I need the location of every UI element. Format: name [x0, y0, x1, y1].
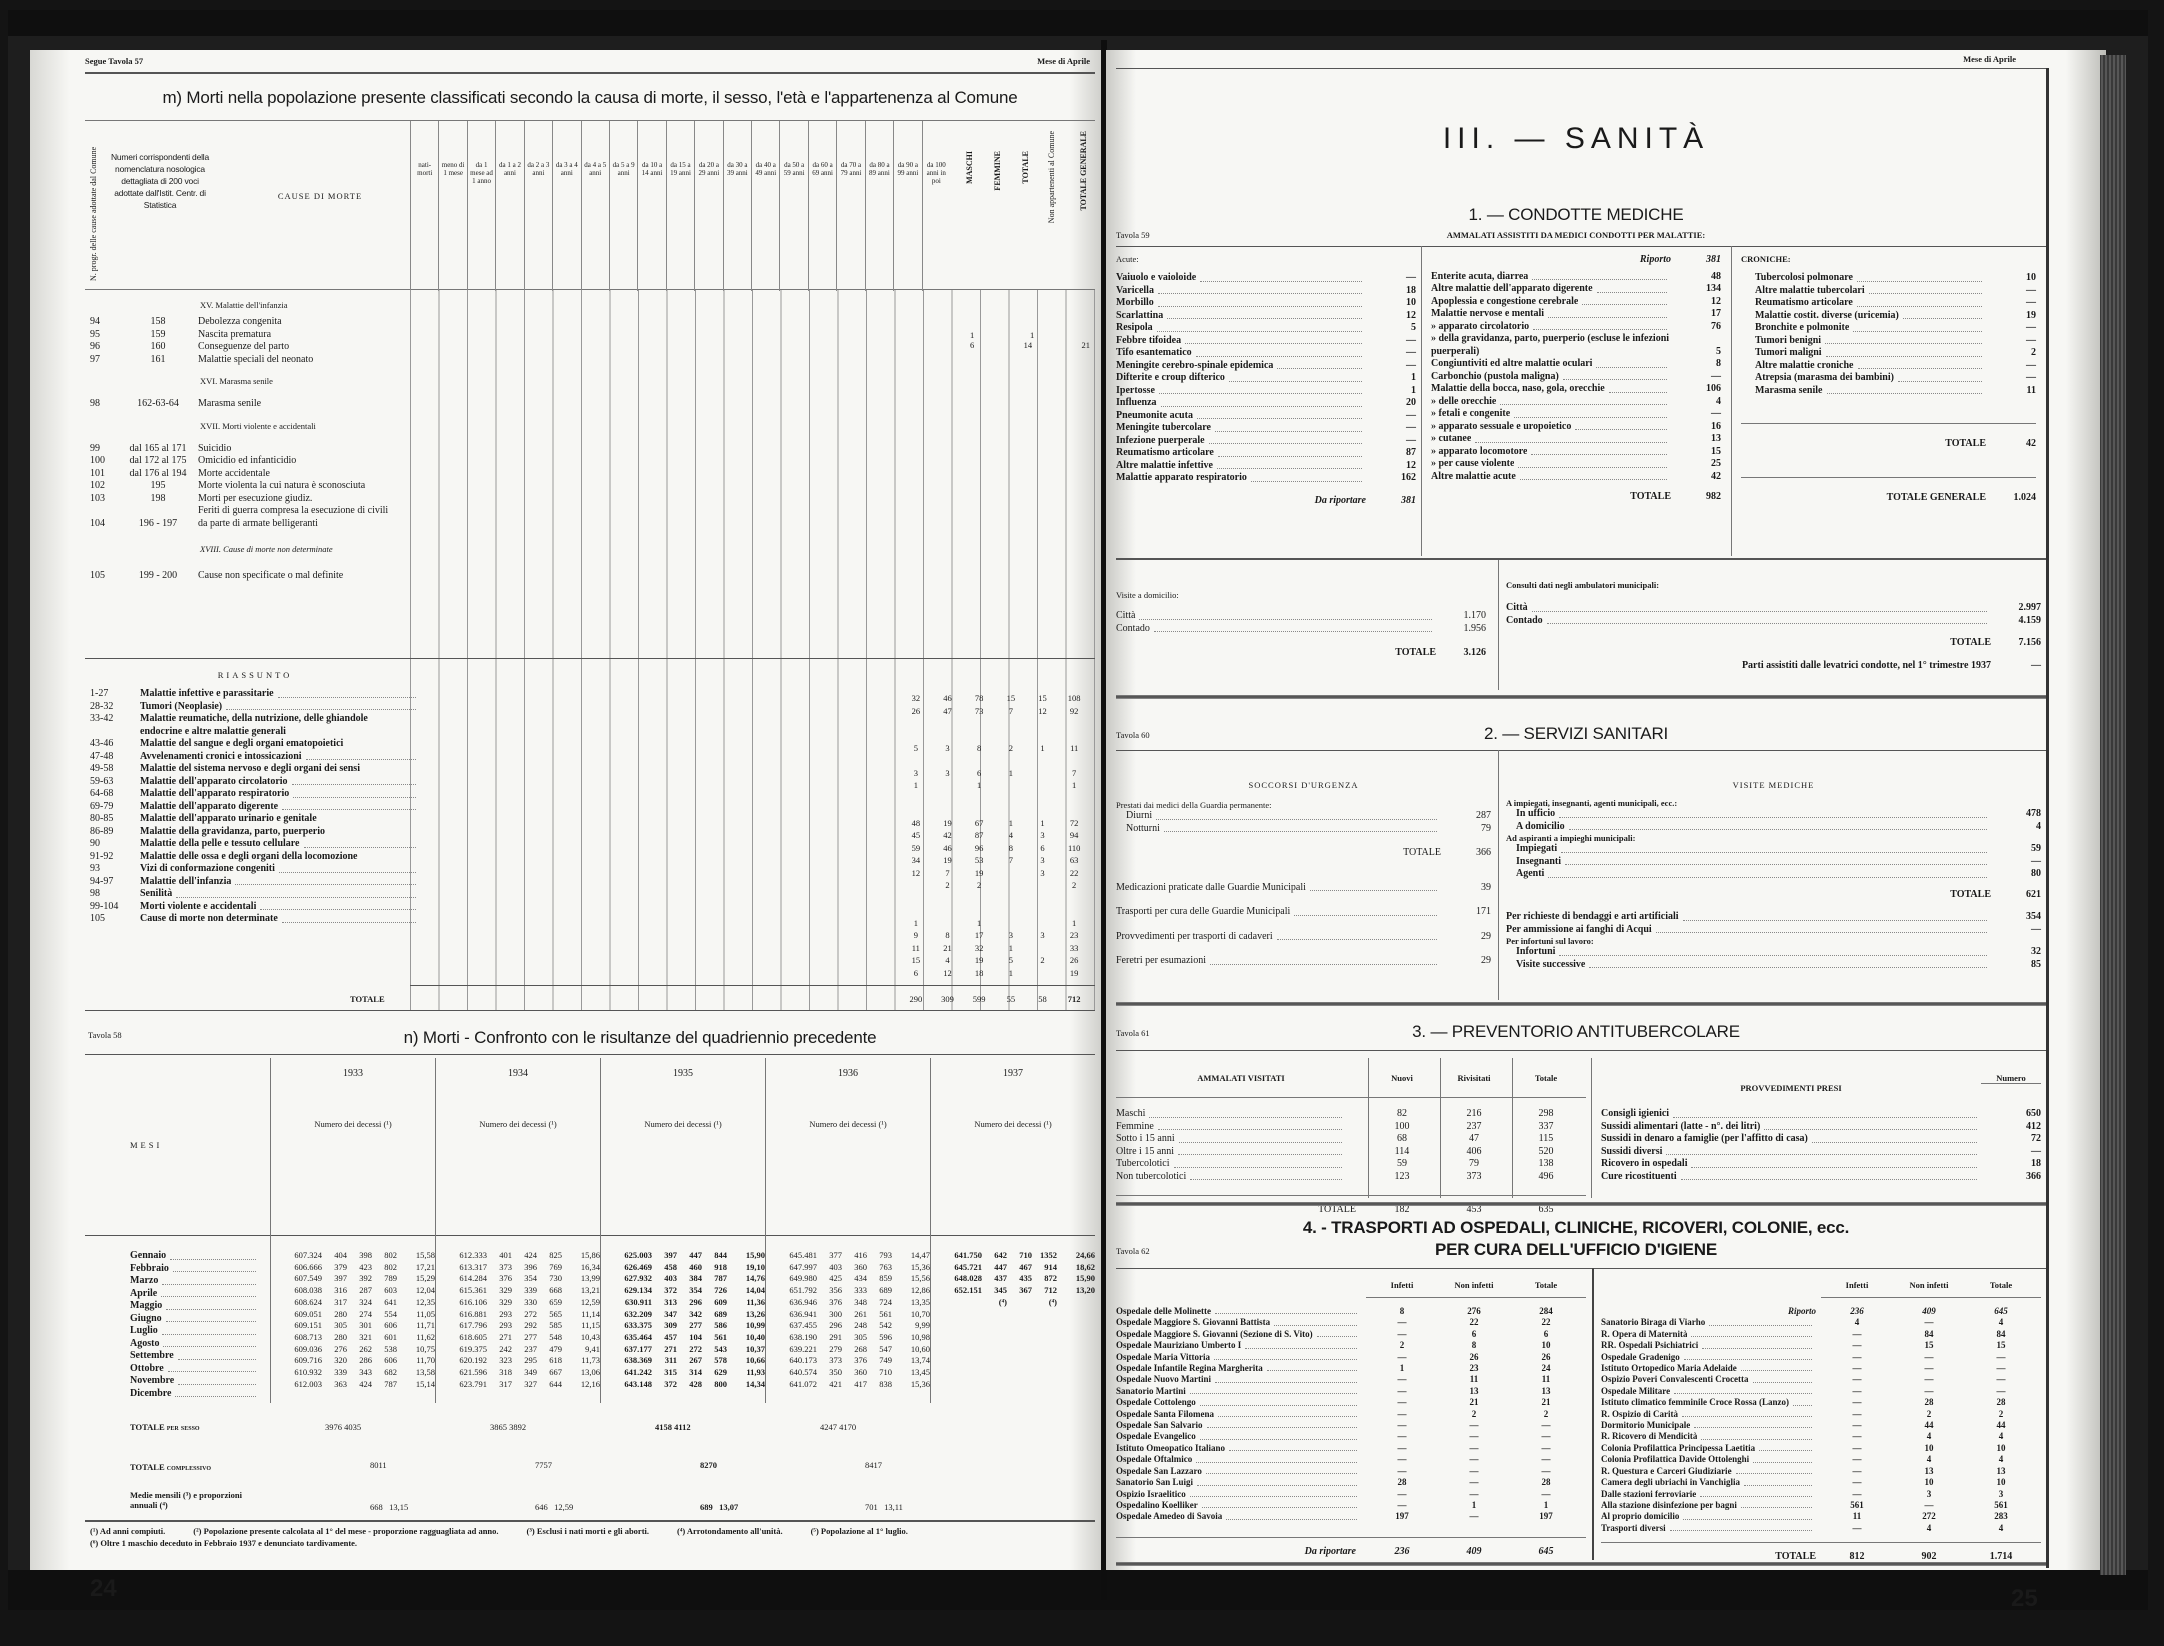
provvedimenti-header: PROVVEDIMENTI PRESI Numero	[1601, 1058, 2041, 1098]
table-row: Sanatorio San Luigi28—28	[1116, 1477, 1586, 1488]
col-divider	[1731, 246, 1732, 556]
riassunto-total-label: TOTALE	[350, 994, 385, 1004]
list-item: Medicazioni praticate dalle Guardie Muni…	[1116, 882, 1491, 895]
month-row: Gennaio	[130, 1250, 260, 1263]
table-row: 101dal 176 al 194Morte accidentale	[90, 468, 420, 481]
table-row: 69-79Malattie dell'apparato digerente	[90, 801, 420, 814]
table-row: 61421	[970, 340, 1090, 350]
list-item: Sussidi alimentari (latte - n°. dei litr…	[1601, 1121, 2041, 1134]
data-1936: 645.48137741679314,47 647.99740336076315…	[767, 1250, 930, 1390]
table-row: 104196 - 197Feriti di guerra compresa la…	[90, 505, 420, 530]
total-sex-1933: 3976 4035	[325, 1422, 361, 1432]
age-col: meno di 1 mese	[438, 121, 466, 291]
data-1937: 641.750642710135224,66 645.7214474679141…	[932, 1250, 1095, 1309]
list-item: Atrepsia (marasma dei bambini)—	[1741, 372, 2036, 385]
col-causes: CAUSE DI MORTE	[245, 191, 395, 201]
total-row: TOTALE3.126	[1116, 647, 1486, 660]
table-row: Ospedale Evangelico———	[1116, 1431, 1586, 1442]
table-row: 98162-63-64Marasma senile	[90, 398, 420, 411]
ammalati-visitati: AMMALATI VISITATI NuoviRivisitatiTotale …	[1116, 1058, 1586, 1217]
sec1-end-rule	[1116, 695, 2046, 699]
age-col: da 40 a 49 anni	[751, 121, 779, 291]
col-divider	[1512, 1058, 1513, 1198]
list-item: » delle orecchie4	[1431, 396, 1721, 409]
list-item: Morbillo10	[1116, 297, 1416, 310]
page-number-right: 25	[2011, 1585, 2038, 1613]
table-row: 98Senilità	[90, 888, 420, 901]
month-row: Dicembre	[130, 1388, 260, 1401]
total-row: TOTALE621	[1506, 889, 2041, 902]
age-col: da 15 a 19 anni	[666, 121, 694, 291]
table-row: Trasporti diversi—44	[1601, 1523, 2041, 1534]
list-item: Provvedimenti per trasporti di cadaveri2…	[1116, 931, 1491, 944]
table-row: Ospedale San Salvario———	[1116, 1420, 1586, 1431]
table-row: Dalle stazioni ferroviarie—33	[1601, 1489, 2041, 1500]
scan-bottom-border	[8, 1570, 2148, 1610]
table-row: 105Cause di morte non determinate	[90, 913, 420, 926]
section-heading: XVIII. Cause di morte non determinate	[90, 544, 410, 554]
sec4-end-rule	[1116, 1562, 2046, 1566]
col-totale-generale: TOTALE GENERALE	[1079, 131, 1088, 211]
total-sex-1935: 4158 4112	[655, 1422, 691, 1432]
col-divider	[1421, 246, 1422, 556]
age-col: da 70 a 79 anni	[836, 121, 864, 291]
table-row: 99-104Morti violente e accidentali	[90, 901, 420, 914]
total-row: TOTALE7.156	[1506, 637, 2041, 650]
total-overall-1936: 8417	[865, 1460, 882, 1470]
list-item: Trasporti per cura delle Guardie Municip…	[1116, 906, 1491, 919]
age-col: da 90 a 99 anni	[893, 121, 921, 291]
sec1-title: 1. — CONDOTTE MEDICHE	[1106, 205, 2046, 225]
list-item: Difterite e croup difterico1	[1116, 372, 1416, 385]
table-row: Ospedale Maria Vittoria—2626	[1116, 1352, 1586, 1363]
list-item: Febbre tifoidea—	[1116, 335, 1416, 348]
chapter-title: III. — SANITÀ	[1106, 122, 2046, 156]
table-n-header-rule	[85, 1235, 1095, 1236]
table-row: Maschi82216298	[1116, 1108, 1586, 1121]
total-rule	[410, 985, 1095, 986]
list-item: Per ammissione ai fanghi di Acqui—	[1506, 924, 2041, 937]
col-divider	[1440, 1058, 1441, 1198]
ammalati-header: AMMALATI VISITATI NuoviRivisitatiTotale	[1116, 1058, 1586, 1098]
provvedimenti-presi: PROVVEDIMENTI PRESI Numero Consigli igie…	[1601, 1058, 2041, 1183]
table-row: 105199 - 200Cause non specificate o mal …	[90, 570, 420, 583]
list-item: Altre malattie tubercolari—	[1741, 285, 2036, 298]
table-m-header: N. progr. delle cause adottate dal Comun…	[85, 120, 1095, 290]
list-item: » della gravidanza, parto, puerperio (es…	[1431, 333, 1721, 358]
section-totals: 11 61421	[970, 330, 1090, 350]
col-divider	[435, 1058, 436, 1403]
month-row: Maggio	[130, 1300, 260, 1313]
list-item: Malattie della bocca, naso, gola, orecch…	[1431, 383, 1721, 396]
list-item: Malattie costit. diverse (uricemia)19	[1741, 310, 2036, 323]
age-col: da 1 a 2 anni	[495, 121, 523, 291]
sec2-title: 2. — SERVIZI SANITARI	[1106, 724, 2046, 744]
riporto-row: Riporto381	[1431, 254, 1721, 267]
table-row: Tubercolotici5979138	[1116, 1158, 1586, 1171]
table-row: 103198Morti per esecuzione giudiz.	[90, 493, 420, 506]
table-row: Ospedale Maggiore S. Giovanni Battista—2…	[1116, 1317, 1586, 1328]
list-item: Meningite tubercolare—	[1116, 422, 1416, 435]
list-item: Agenti80	[1506, 868, 2041, 881]
list-item: In ufficio478	[1506, 808, 2041, 821]
riassunto-heading: RIASSUNTO	[90, 670, 420, 680]
sec1-rule	[1116, 246, 2046, 247]
sec2-end-rule	[1116, 1002, 2046, 1006]
months-column: Gennaio Febbraio Marzo Aprile Maggio Giu…	[130, 1250, 260, 1400]
right-page: Mese di Aprile III. — SANITÀ 1. — CONDOT…	[1106, 50, 2106, 1570]
table-row: 33-42Malattie reumatiche, della nutrizio…	[90, 713, 420, 738]
section-heading: XVI. Marasma senile	[90, 376, 420, 386]
subtotal-row: Da riportare236409645	[1116, 1537, 1586, 1559]
month-row: Luglio	[130, 1325, 260, 1338]
total-overall-1933: 8011	[370, 1460, 387, 1470]
year-1936: 1936Numero dei decessi (¹)	[765, 1058, 930, 1233]
age-col: nati-morti	[410, 121, 438, 291]
table-row: Colonia Profilattica Davide Ottolenghi—4…	[1601, 1454, 2041, 1465]
riassunto-values: 111 98173323 112132133 154195226 6121811…	[900, 917, 1090, 980]
list-item: Enterite acuta, diarrea48	[1431, 271, 1721, 284]
scan-top-border	[8, 10, 2148, 36]
table-row: 94-97Malattie dell'infanzia	[90, 876, 420, 889]
riassunto-totals: 3246781515108 26477371292 5382111 33617 …	[900, 692, 1090, 979]
list-item: Consigli igienici650	[1601, 1108, 2041, 1121]
list-item: Pneumonite acuta—	[1116, 410, 1416, 423]
col-nomenclature: Numeri corrispondenti della nomenclatura…	[110, 151, 210, 211]
col-divider	[1591, 1058, 1592, 1198]
table-row: Ospedale Militare———	[1601, 1386, 2041, 1397]
sec3-title: 3. — PREVENTORIO ANTITUBERCOLARE	[1106, 1022, 2046, 1042]
table-row: Ospedale Gradenigo———	[1601, 1352, 2041, 1363]
trasporti-cols: InfettiNon infettiTotale	[1366, 1272, 1586, 1298]
table-row: 94158Debolezza congenita	[90, 316, 420, 329]
list-item: Malattie apparato respiratorio162	[1116, 472, 1416, 485]
list-item: Città2.997	[1506, 602, 2041, 615]
table-row: 86-89Malattie della gravidanza, parto, p…	[90, 826, 420, 839]
soccorsi-urgenza: SOCCORSI D'URGENZA Prestati dai medici d…	[1116, 780, 1491, 968]
list-item: Marasma senile11	[1741, 385, 2036, 398]
riassunto-values: 5382111	[900, 742, 1090, 755]
trasporti-left: InfettiNon infettiTotale Ospedale delle …	[1116, 1272, 1586, 1558]
list-item: Altre malattie croniche—	[1741, 360, 2036, 373]
table-row: Alla stazione disinfezione per bagni561—…	[1601, 1500, 2041, 1511]
col-femmine: FEMMINE	[993, 151, 1002, 191]
list-item: Tifo esantematico—	[1116, 347, 1416, 360]
age-col: da 50 a 59 anni	[779, 121, 807, 291]
month-row: Giugno	[130, 1313, 260, 1326]
table-row: Ospedale Mauriziano Umberto I2810	[1116, 1340, 1586, 1351]
table-row: Istituto climatico femminile Croce Rossa…	[1601, 1397, 2041, 1408]
table-row: Ospedale Santa Filomena—22	[1116, 1409, 1586, 1420]
totals-overall-label: TOTALE complessivo	[130, 1462, 211, 1472]
list-item: A domicilio4	[1506, 821, 2041, 834]
month-row: Novembre	[130, 1375, 260, 1388]
list-item: Sussidi in denaro a famiglie (per l'affi…	[1601, 1133, 2041, 1146]
list-item: Diurni287	[1116, 810, 1491, 823]
table-row: 91-92Malattie delle ossa e degli organi …	[90, 851, 420, 864]
total-sex-1936: 4247 4170	[820, 1422, 856, 1432]
table-row: Istituto Omeopatico Italiano———	[1116, 1443, 1586, 1454]
avg-1934: 646 12,59	[535, 1502, 573, 1512]
data-1935: 625.00339744784415,90 626.46945846091819…	[602, 1250, 765, 1390]
table-row: Al proprio domicilio11272283	[1601, 1511, 2041, 1522]
total-row: TOTALE42	[1741, 423, 2036, 451]
ammalati-cols: NuoviRivisitatiTotale	[1366, 1073, 1582, 1083]
table-row: Ospedale Infantile Regina Margherita1232…	[1116, 1363, 1586, 1374]
list-item: Insegnanti—	[1506, 856, 2041, 869]
list-item: Reumatismo articolare—	[1741, 297, 2036, 310]
list-item: Altre malattie dell'apparato digerente13…	[1431, 283, 1721, 296]
year-1937: 1937Numero dei decessi (¹)	[930, 1058, 1095, 1233]
avg-1935: 689 13,07	[700, 1502, 738, 1512]
table-row: Ospedale San Lazzaro———	[1116, 1466, 1586, 1477]
list-item: Tumori benigni—	[1741, 335, 2036, 348]
list-item: Reumatismo articolare87	[1116, 447, 1416, 460]
table-row: 28-32Tumori (Neoplasie)	[90, 701, 420, 714]
year-1933: 1933Numero dei decessi (¹)	[270, 1058, 435, 1233]
averages-label: Medie mensili (³) e proporzioni annuali …	[130, 1490, 265, 1510]
col-divider	[1368, 1058, 1369, 1198]
table-row: R. Ricovero di Mendicità—44	[1601, 1431, 2041, 1442]
table-row: Oltre i 15 anni114406520	[1116, 1146, 1586, 1159]
table-row: 97161Malattie speciali del neonato	[90, 354, 420, 367]
table-row: 99dal 165 al 171Suicidio	[90, 443, 420, 456]
list-item: Visite successive85	[1506, 959, 2041, 972]
footnote-rule	[85, 1520, 1095, 1522]
col-divider	[1592, 1268, 1594, 1560]
list-item: Notturni79	[1116, 823, 1491, 836]
age-col: da 2 a 3 anni	[524, 121, 552, 291]
list-item: Ipertosse1	[1116, 385, 1416, 398]
age-col: da 100 anni in poi	[922, 121, 950, 291]
list-item: Scarlattina12	[1116, 310, 1416, 323]
trasporti-right: InfettiNon infettiTotale Riporto23640964…	[1601, 1272, 2041, 1564]
col-divider	[600, 1058, 601, 1403]
list-item: Sussidi diversi—	[1601, 1146, 2041, 1159]
total-row: TOTALE366	[1116, 847, 1491, 860]
table-row: Ospedale Oftalmico———	[1116, 1454, 1586, 1465]
sec1-col2: Riporto381 Enterite acuta, diarrea48 Alt…	[1431, 254, 1721, 504]
col-divider	[1498, 560, 1499, 690]
riassunto-total-values: 290 309 599 55 58 712	[900, 994, 1090, 1004]
table-row: 1-27Malattie infettive e parassitarie	[90, 688, 420, 701]
col-maschi: MASCHI	[965, 151, 974, 184]
list-item: » per cause violente25	[1431, 458, 1721, 471]
header-rule	[85, 72, 1095, 74]
col-divider	[930, 1058, 931, 1403]
riassunto-rule	[85, 658, 1095, 659]
table-row: Ospedale Nuovo Martini—1111	[1116, 1374, 1586, 1385]
sec4-rule	[1116, 1268, 2046, 1269]
list-item: Città1.170	[1116, 610, 1486, 623]
consulti: Consulti dati negli ambulatori municipal…	[1506, 580, 2041, 672]
riassunto-values: 33617 111	[900, 767, 1090, 792]
section-heading: XVII. Morti violente e accidentali	[90, 421, 420, 431]
list-item: » apparato sessuale e uropoietico16	[1431, 421, 1721, 434]
table-row: Ospedale Maggiore S. Giovanni (Sezione d…	[1116, 1329, 1586, 1340]
list-item: Carbonchio (pustola maligna)—	[1431, 371, 1721, 384]
table-row: Femmine100237337	[1116, 1121, 1586, 1134]
sec1-subtitle: AMMALATI ASSISTITI DA MEDICI CONDOTTI PE…	[1106, 230, 2046, 240]
list-item: Altre malattie acute42	[1431, 471, 1721, 484]
data-1933: 607.32440439880215,58 606.66637942380217…	[272, 1250, 435, 1390]
year-1935: 1935Numero dei decessi (¹)	[600, 1058, 765, 1233]
age-col: da 80 a 89 anni	[865, 121, 893, 291]
table-row: Dormitorio Municipale—4444	[1601, 1420, 2041, 1431]
list-item: Apoplessia e congestione cerebrale12	[1431, 296, 1721, 309]
age-group-headers: nati-morti meno di 1 mese da 1 mese ad 1…	[410, 121, 950, 291]
total-sex-1934: 3865 3892	[490, 1422, 526, 1432]
table-row: 95159Nascita prematura	[90, 329, 420, 342]
table-row: RR. Ospedali Psichiatrici—1515	[1601, 1340, 2041, 1351]
month-row: Agosto	[130, 1338, 260, 1351]
total-overall-1934: 7757	[535, 1460, 552, 1470]
sec4-table-label: Tavola 62	[1116, 1246, 1150, 1256]
list-item: Per richieste di bendaggi e arti artific…	[1506, 911, 2041, 924]
list-item: Feretri per esumazioni29	[1116, 955, 1491, 968]
table-row: 93Vizi di conformazione congeniti	[90, 863, 420, 876]
total-row: TOTALE982	[1431, 491, 1721, 504]
age-col: da 5 a 9 anni	[609, 121, 637, 291]
table-row: R. Questura e Carceri Giudiziarie—1313	[1601, 1466, 2041, 1477]
month-row: Marzo	[130, 1275, 260, 1288]
sec1-bottom-rule	[1116, 558, 2046, 560]
list-item: » fetali e congenite—	[1431, 408, 1721, 421]
list-item: Contado4.159	[1506, 615, 2041, 628]
table-row: Ospizio Israelitico———	[1116, 1489, 1586, 1500]
col-divider	[270, 1058, 271, 1403]
totals-per-sex-label: TOTALE per sesso	[130, 1422, 200, 1432]
list-item: » apparato locomotore15	[1431, 446, 1721, 459]
list-item: Infezione puerperale—	[1116, 435, 1416, 448]
table-row: Ospedale Amedeo di Savoia197—197	[1116, 1511, 1586, 1522]
trasporti-cols: InfettiNon infettiTotale	[1821, 1272, 2041, 1298]
sec4-title-line1: 4. - TRASPORTI AD OSPEDALI, CLINICHE, RI…	[1106, 1218, 2046, 1238]
table-row: Non tubercolotici123373496	[1116, 1171, 1586, 1184]
list-item: Varicella18	[1116, 285, 1416, 298]
trasporti-left-rows: Ospedale delle Molinette8276284 Ospedale…	[1116, 1306, 1586, 1523]
avg-1936: 701 13,11	[865, 1502, 903, 1512]
left-page: Segue Tavola 57 Mese di Aprile m) Morti …	[30, 50, 1102, 1570]
table-row: Ospedale delle Molinette8276284	[1116, 1306, 1586, 1317]
page-number-left: 24	[90, 1575, 117, 1603]
col-non-appartenenti: Non appartenenti al Comune	[1047, 131, 1056, 223]
table-row: Sanatorio Martini—1313	[1116, 1386, 1586, 1397]
age-col: da 20 a 29 anni	[694, 121, 722, 291]
riporto-row: Riporto236409645	[1601, 1306, 2041, 1317]
sec3-end-rule	[1116, 1202, 2046, 1206]
month-row: Ottobre	[130, 1363, 260, 1376]
list-item: Contado1.956	[1116, 623, 1486, 636]
table-m-bottom-rule	[85, 1010, 1095, 1011]
running-header-right: Mese di Aprile	[1963, 54, 2016, 64]
age-col: da 60 a 69 anni	[808, 121, 836, 291]
visite-domicilio: Visite a domicilio: Città1.170 Contado1.…	[1116, 590, 1486, 660]
section-heading: XV. Malattie dell'infanzia	[90, 300, 420, 310]
list-item: Vaiuolo e vaioloide—	[1116, 272, 1416, 285]
table-n-top-rule	[85, 1054, 1095, 1055]
list-item: Influenza20	[1116, 397, 1416, 410]
total-row: TOTALE8129021.714	[1601, 1542, 2041, 1564]
month-row: Aprile	[130, 1288, 260, 1301]
list-item: Infortuni32	[1506, 946, 2041, 959]
table-row: R. Opera di Maternità—8484	[1601, 1329, 2041, 1340]
subtotal-row: Da riportare381	[1116, 495, 1416, 508]
age-col: da 30 a 39 anni	[723, 121, 751, 291]
table-row: 49-58Malattie del sistema nervoso e degl…	[90, 763, 420, 776]
sec2-rule	[1116, 750, 2046, 751]
list-item: Congiuntiviti ed altre malattie oculari8	[1431, 358, 1721, 371]
table-row: 96160Conseguenze del parto	[90, 341, 420, 354]
table-row: 59-63Malattie dell'apparato circolatorio	[90, 776, 420, 789]
table-n-title: n) Morti - Confronto con le risultanze d…	[230, 1028, 1050, 1048]
list-item: Resipola5	[1116, 322, 1416, 335]
running-header-left: Segue Tavola 57	[85, 56, 143, 66]
list-item: Meningite cerebro-spinale epidemica—	[1116, 360, 1416, 373]
month-row: Febbraio	[130, 1263, 260, 1276]
table-row: 47-48Avvelenamenti cronici e intossicazi…	[90, 751, 420, 764]
age-col: da 3 a 4 anni	[552, 121, 580, 291]
table-row: R. Ospizio di Carità—22	[1601, 1409, 2041, 1420]
table-row: Sanatorio Biraga di Viarho4—4	[1601, 1317, 2041, 1328]
table-row: Camera degli ubriachi in Vanchiglia—1010	[1601, 1477, 2041, 1488]
table-row: Sotto i 15 anni6847115	[1116, 1133, 1586, 1146]
list-item: Altre malattie infettive12	[1116, 460, 1416, 473]
table-row: Istituto Ortopedico Maria Adelaide———	[1601, 1363, 2041, 1374]
croniche-label: CRONICHE:	[1741, 254, 2036, 264]
table-row: Ospedalino Koelliker—11	[1116, 1500, 1586, 1511]
book-spread: Segue Tavola 57 Mese di Aprile m) Morti …	[8, 10, 2148, 1610]
riassunto-values: 4819671172 4542874394 59469686110 341953…	[900, 817, 1090, 892]
sec3-rule	[1116, 1050, 2046, 1051]
grand-total-row: TOTALE GENERALE1.024	[1741, 477, 2036, 505]
running-header-right: Mese di Aprile	[1037, 56, 1090, 66]
col-divider	[1498, 750, 1499, 1000]
list-item: Tubercolosi polmonare10	[1741, 272, 2036, 285]
table-row: 64-68Malattie dell'apparato respiratorio	[90, 788, 420, 801]
sec1-col3: CRONICHE: Tubercolosi polmonare10 Altre …	[1741, 254, 2036, 504]
table-row: 80-85Malattie dell'apparato urinario e g…	[90, 813, 420, 826]
footnotes: (¹) Ad anni compiuti. (²) Popolazione pr…	[90, 1526, 1090, 1548]
table-row: Ospizio Poveri Convalescenti Crocetta———	[1601, 1374, 2041, 1385]
col-n-progressive: N. progr. delle cause adottate dal Comun…	[89, 131, 98, 281]
avg-1933: 668 13,15	[370, 1502, 408, 1512]
year-1934: 1934Numero dei decessi (¹)	[435, 1058, 600, 1233]
month-row: Settembre	[130, 1350, 260, 1363]
visite-mediche: VISITE MEDICHE A impiegati, insegnanti, …	[1506, 780, 2041, 971]
riassunto: RIASSUNTO 1-27Malattie infettive e paras…	[90, 670, 420, 926]
data-1934: 612.33340142482515,86 613.31737339676916…	[437, 1250, 600, 1390]
table-row: 102195Morte violenta la cui natura è sco…	[90, 480, 420, 493]
page-edge-shadow	[2100, 55, 2126, 1575]
table-row: 100dal 172 al 175Omicidio ed infanticidi…	[90, 455, 420, 468]
age-col: da 10 a 14 anni	[637, 121, 665, 291]
header-rule	[1116, 68, 2046, 69]
table-m-sections: XV. Malattie dell'infanzia 94158Debolezz…	[90, 300, 420, 583]
list-item: » cutanee13	[1431, 433, 1721, 446]
table-row: Ospedale Cottolengo—2121	[1116, 1397, 1586, 1408]
list-item: Impiegati59	[1506, 843, 2041, 856]
age-col: da 4 a 5 anni	[581, 121, 609, 291]
list-item: Cure ricostituenti366	[1601, 1171, 2041, 1184]
list-item: Malattie nervose e mentali17	[1431, 308, 1721, 321]
mesi-header: MESI	[130, 1140, 162, 1150]
col-totale: TOTALE	[1021, 151, 1030, 184]
riassunto-values: 3246781515108 26477371292	[900, 692, 1090, 717]
sec4-title-line2: PER CURA DELL'UFFICIO D'IGIENE	[1106, 1240, 2046, 1260]
list-item: Bronchite e polmonite—	[1741, 322, 2036, 335]
table-row: 90Malattie della pelle e tessuto cellula…	[90, 838, 420, 851]
